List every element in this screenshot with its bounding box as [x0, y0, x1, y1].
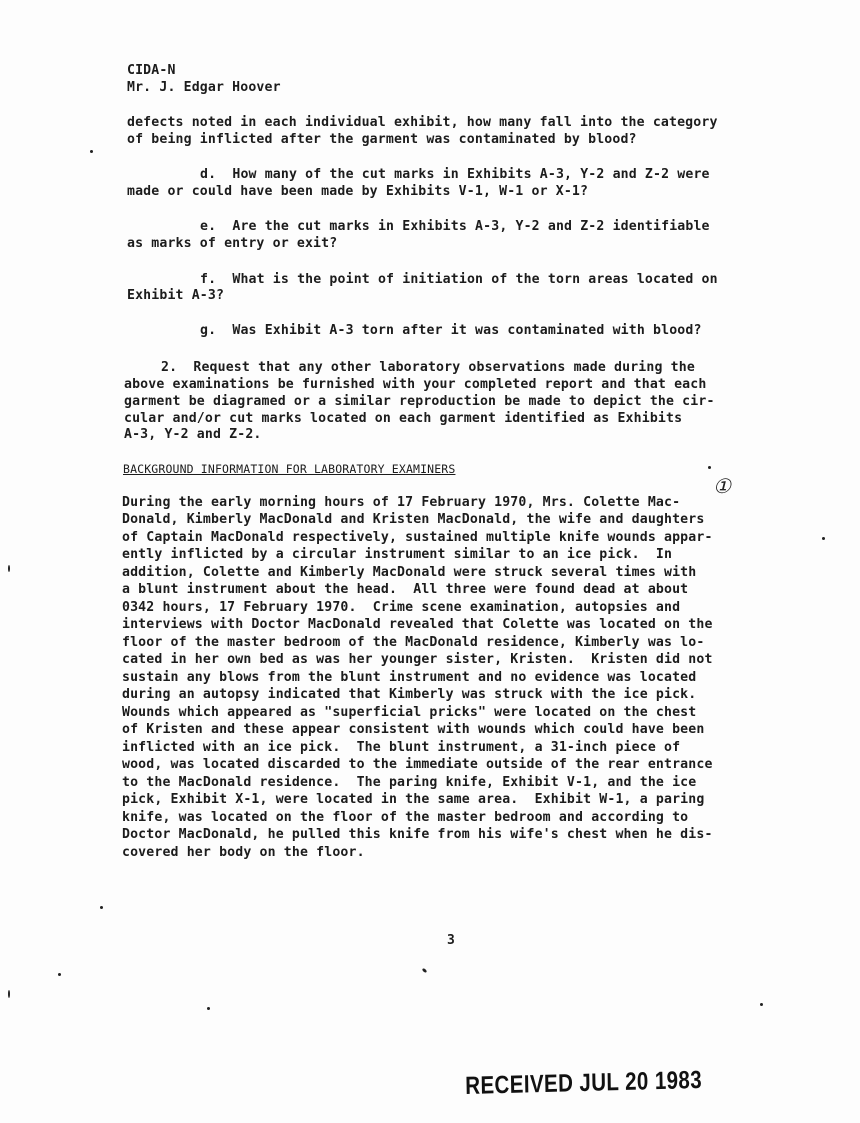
- item-e-line-2: as marks of entry or exit?: [127, 235, 337, 252]
- background-line-2: Donald, Kimberly MacDonald and Kristen M…: [122, 511, 704, 528]
- header-file-code: CIDA-N: [127, 62, 176, 79]
- background-line-8: interviews with Doctor MacDonald reveale…: [122, 616, 713, 633]
- para-c-line-1: defects noted in each individual exhibit…: [127, 114, 718, 131]
- background-line-15: inflicted with an ice pick. The blunt in…: [122, 739, 680, 756]
- section-heading: BACKGROUND INFORMATION FOR LABORATORY EX…: [123, 461, 455, 478]
- background-line-3: of Captain MacDonald respectively, susta…: [122, 529, 713, 546]
- background-line-19: knife, was located on the floor of the m…: [122, 809, 688, 826]
- item-f-line-1: f. What is the point of initiation of th…: [200, 271, 718, 288]
- scan-speck: [822, 537, 825, 540]
- background-line-12: during an autopsy indicated that Kimberl…: [122, 686, 696, 703]
- background-line-4: ently inflicted by a circular instrument…: [122, 546, 672, 563]
- item-f-line-2: Exhibit A-3?: [127, 287, 224, 304]
- background-line-16: wood, was located discarded to the immed…: [122, 756, 713, 773]
- item-d-line-1: d. How many of the cut marks in Exhibits…: [200, 166, 710, 183]
- para-2-line-4: cular and/or cut marks located on each g…: [124, 410, 682, 427]
- scan-speck: [90, 150, 93, 153]
- para-2-line-3: garment be diagramed or a similar reprod…: [124, 393, 715, 410]
- scan-speck: [207, 1007, 210, 1010]
- background-line-5: addition, Colette and Kimberly MacDonald…: [122, 564, 696, 581]
- background-line-11: sustain any blows from the blunt instrum…: [122, 669, 696, 686]
- page-number: 3: [447, 933, 455, 948]
- para-2-line-2: above examinations be furnished with you…: [124, 376, 706, 393]
- background-line-14: of Kristen and these appear consistent w…: [122, 721, 704, 738]
- background-line-17: to the MacDonald residence. The paring k…: [122, 774, 696, 791]
- background-line-18: pick, Exhibit X-1, were located in the s…: [122, 791, 704, 808]
- scan-speck: [8, 565, 10, 572]
- background-line-20: Doctor MacDonald, he pulled this knife f…: [122, 826, 713, 843]
- header-addressee: Mr. J. Edgar Hoover: [127, 79, 281, 96]
- scan-speck: [760, 1003, 763, 1006]
- background-line-13: Wounds which appeared as "superficial pr…: [122, 704, 696, 721]
- scan-speck: [100, 906, 103, 909]
- para-c-line-2: of being inflicted after the garment was…: [127, 131, 637, 148]
- item-e-line-1: e. Are the cut marks in Exhibits A-3, Y-…: [200, 218, 710, 235]
- item-g-line-1: g. Was Exhibit A-3 torn after it was con…: [200, 322, 702, 339]
- background-line-9: floor of the master bedroom of the MacDo…: [122, 634, 704, 651]
- scan-speck: [58, 973, 61, 976]
- received-stamp: RECEIVED JUL 20 1983: [465, 1066, 702, 1101]
- scan-speck: [422, 968, 428, 974]
- scan-speck: [708, 466, 711, 469]
- background-line-7: 0342 hours, 17 February 1970. Crime scen…: [122, 599, 680, 616]
- para-2-line-1: 2. Request that any other laboratory obs…: [161, 359, 695, 376]
- document-page: CIDA-N Mr. J. Edgar Hoover defects noted…: [0, 0, 860, 1123]
- background-line-6: a blunt instrument about the head. All t…: [122, 581, 688, 598]
- scan-speck: [8, 990, 10, 998]
- para-2-line-5: A-3, Y-2 and Z-2.: [124, 426, 262, 443]
- background-line-10: cated in her own bed as was her younger …: [122, 651, 713, 668]
- background-line-1: During the early morning hours of 17 Feb…: [122, 494, 680, 511]
- handwritten-circled-one: ①: [713, 474, 731, 499]
- background-line-21: covered her body on the floor.: [122, 844, 365, 861]
- item-d-line-2: made or could have been made by Exhibits…: [127, 183, 588, 200]
